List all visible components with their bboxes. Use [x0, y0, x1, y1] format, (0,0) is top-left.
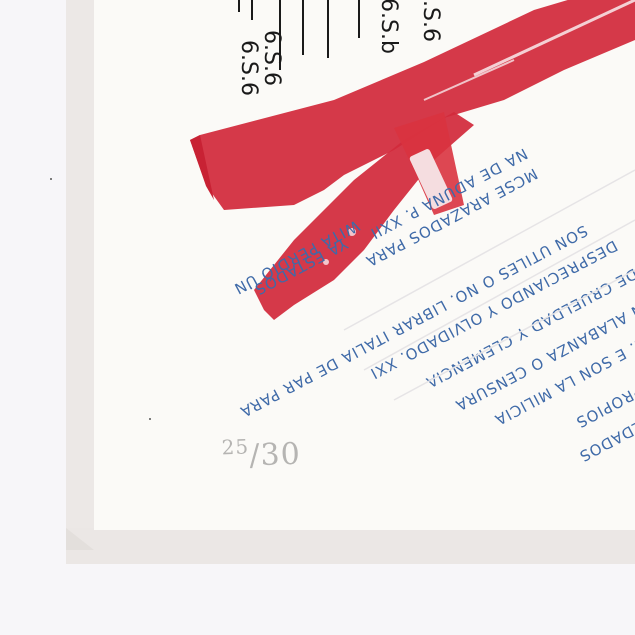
annotation-1: 6.S.6	[236, 40, 261, 96]
frame-mat-bottom-edge	[66, 528, 635, 564]
frame-mat-corner-bevel	[66, 528, 94, 550]
annotation-3: 6.S.b	[376, 0, 401, 54]
edition-number: 25/30	[221, 437, 301, 475]
print-paper: 6.S.6 6.S.6 6.S.b 6.S.6 YA ESTADOS. WITA…	[94, 0, 635, 530]
annotation-2: 6.S.6	[259, 30, 284, 86]
dust-speck	[149, 418, 151, 420]
artwork-illustration: 6.S.6 6.S.6 6.S.b 6.S.6 YA ESTADOS. WITA…	[94, 0, 635, 530]
dust-speck	[50, 178, 52, 180]
frame-mat-left-edge	[66, 0, 94, 550]
annotation-4: 6.S.6	[418, 0, 443, 42]
